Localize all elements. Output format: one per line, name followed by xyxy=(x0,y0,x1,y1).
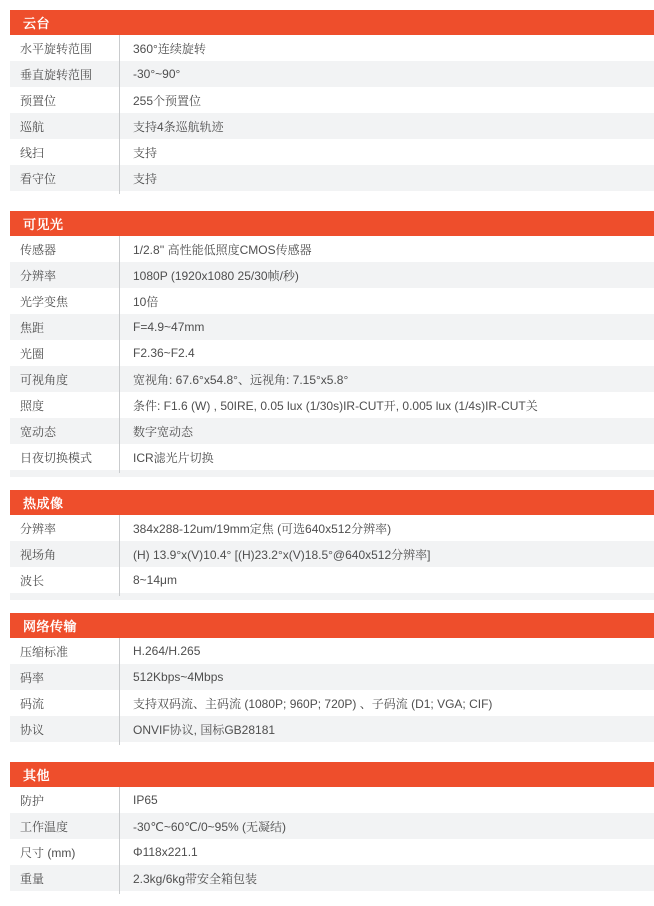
spec-section: 热成像 分辨率 384x288-12um/19mm定焦 (可选640x512分辨… xyxy=(10,490,654,600)
spec-value: 8~14μm xyxy=(119,573,654,587)
spec-row: 日夜切换模式 ICR滤光片切换 xyxy=(10,444,654,470)
spec-row: 码率 512Kbps~4Mbps xyxy=(10,664,654,690)
spec-row: 尺寸 (mm) Φ118x221.1 xyxy=(10,839,654,865)
spec-label: 尺寸 (mm) xyxy=(10,844,119,861)
spec-row: 宽动态 数字宽动态 xyxy=(10,418,654,444)
spec-row: 预置位 255个预置位 xyxy=(10,87,654,113)
spec-label: 线扫 xyxy=(10,144,119,161)
spec-label: 日夜切换模式 xyxy=(10,449,119,466)
spec-row: 分辨率 1080P (1920x1080 25/30帧/秒) xyxy=(10,262,654,288)
spec-row: 防护 IP65 xyxy=(10,787,654,813)
section-title: 热成像 xyxy=(23,493,64,512)
spec-value: IP65 xyxy=(119,793,654,807)
section-title: 网络传输 xyxy=(23,616,77,635)
spec-value: 10倍 xyxy=(119,293,654,310)
spec-row: 水平旋转范围 360°连续旋转 xyxy=(10,35,654,61)
spec-value: 支持双码流、主码流 (1080P; 960P; 720P) 、子码流 (D1; … xyxy=(119,695,654,712)
spec-label: 视场角 xyxy=(10,546,119,563)
section-rows: 分辨率 384x288-12um/19mm定焦 (可选640x512分辨率) 视… xyxy=(10,515,654,593)
spec-row: 重量 2.3kg/6kg带安全箱包装 xyxy=(10,865,654,891)
spec-value: 数字宽动态 xyxy=(119,423,654,440)
section-stub xyxy=(10,470,654,477)
spec-label: 压缩标准 xyxy=(10,643,119,660)
spec-label: 焦距 xyxy=(10,319,119,336)
spec-row: 光圈 F2.36~F2.4 xyxy=(10,340,654,366)
spec-value: 条件: F1.6 (W) , 50IRE, 0.05 lux (1/30s)IR… xyxy=(119,397,654,414)
spec-row: 看守位 支持 xyxy=(10,165,654,191)
spec-row: 压缩标准 H.264/H.265 xyxy=(10,638,654,664)
section-header: 其他 xyxy=(10,762,654,787)
spec-value: H.264/H.265 xyxy=(119,644,654,658)
spec-sheet: 云台 水平旋转范围 360°连续旋转 垂直旋转范围 -30°~90° 预置位 2… xyxy=(0,0,654,898)
spec-value: 宽视角: 67.6°x54.8°、远视角: 7.15°x5.8° xyxy=(119,371,654,388)
spec-row: 巡航 支持4条巡航轨迹 xyxy=(10,113,654,139)
spec-label: 重量 xyxy=(10,870,119,887)
section-title: 云台 xyxy=(23,13,50,32)
spec-label: 码率 xyxy=(10,669,119,686)
spec-label: 照度 xyxy=(10,397,119,414)
spec-row: 传感器 1/2.8'' 高性能低照度CMOS传感器 xyxy=(10,236,654,262)
spec-label: 看守位 xyxy=(10,170,119,187)
spec-label: 防护 xyxy=(10,792,119,809)
spec-label: 工作温度 xyxy=(10,818,119,835)
section-rows: 防护 IP65 工作温度 -30℃~60℃/0~95% (无凝结) 尺寸 (mm… xyxy=(10,787,654,891)
spec-row: 可视角度 宽视角: 67.6°x54.8°、远视角: 7.15°x5.8° xyxy=(10,366,654,392)
section-stub xyxy=(10,742,654,749)
spec-label: 波长 xyxy=(10,572,119,589)
spec-value: 支持 xyxy=(119,170,654,187)
spec-label: 预置位 xyxy=(10,92,119,109)
section-title: 其他 xyxy=(23,765,50,784)
spec-label: 可视角度 xyxy=(10,371,119,388)
spec-row: 码流 支持双码流、主码流 (1080P; 960P; 720P) 、子码流 (D… xyxy=(10,690,654,716)
spec-label: 协议 xyxy=(10,721,119,738)
spec-row: 视场角 (H) 13.9°x(V)10.4° [(H)23.2°x(V)18.5… xyxy=(10,541,654,567)
section-header: 网络传输 xyxy=(10,613,654,638)
spec-section: 云台 水平旋转范围 360°连续旋转 垂直旋转范围 -30°~90° 预置位 2… xyxy=(10,10,654,198)
spec-row: 协议 ONVIF协议, 国标GB28181 xyxy=(10,716,654,742)
spec-row: 照度 条件: F1.6 (W) , 50IRE, 0.05 lux (1/30s… xyxy=(10,392,654,418)
spec-label: 分辨率 xyxy=(10,520,119,537)
section-rows: 压缩标准 H.264/H.265 码率 512Kbps~4Mbps 码流 支持双… xyxy=(10,638,654,742)
section-stub xyxy=(10,891,654,898)
spec-row: 波长 8~14μm xyxy=(10,567,654,593)
spec-section: 网络传输 压缩标准 H.264/H.265 码率 512Kbps~4Mbps 码… xyxy=(10,613,654,749)
spec-value: 1/2.8'' 高性能低照度CMOS传感器 xyxy=(119,241,654,258)
spec-label: 分辨率 xyxy=(10,267,119,284)
section-stub xyxy=(10,593,654,600)
spec-label: 宽动态 xyxy=(10,423,119,440)
spec-section: 其他 防护 IP65 工作温度 -30℃~60℃/0~95% (无凝结) 尺寸 … xyxy=(10,762,654,898)
section-header: 云台 xyxy=(10,10,654,35)
spec-row: 光学变焦 10倍 xyxy=(10,288,654,314)
section-title: 可见光 xyxy=(23,214,64,233)
spec-value: 1080P (1920x1080 25/30帧/秒) xyxy=(119,267,654,284)
spec-label: 巡航 xyxy=(10,118,119,135)
spec-row: 工作温度 -30℃~60℃/0~95% (无凝结) xyxy=(10,813,654,839)
spec-value: 2.3kg/6kg带安全箱包装 xyxy=(119,870,654,887)
spec-value: 支持4条巡航轨迹 xyxy=(119,118,654,135)
spec-label: 光圈 xyxy=(10,345,119,362)
section-rows: 水平旋转范围 360°连续旋转 垂直旋转范围 -30°~90° 预置位 255个… xyxy=(10,35,654,191)
spec-value: (H) 13.9°x(V)10.4° [(H)23.2°x(V)18.5°@64… xyxy=(119,546,654,563)
spec-value: 支持 xyxy=(119,144,654,161)
spec-label: 传感器 xyxy=(10,241,119,258)
spec-value: 255个预置位 xyxy=(119,92,654,109)
spec-row: 分辨率 384x288-12um/19mm定焦 (可选640x512分辨率) xyxy=(10,515,654,541)
spec-label: 码流 xyxy=(10,695,119,712)
spec-row: 焦距 F=4.9~47mm xyxy=(10,314,654,340)
spec-label: 垂直旋转范围 xyxy=(10,66,119,83)
spec-row: 垂直旋转范围 -30°~90° xyxy=(10,61,654,87)
section-header: 可见光 xyxy=(10,211,654,236)
spec-value: 512Kbps~4Mbps xyxy=(119,670,654,684)
spec-value: 360°连续旋转 xyxy=(119,40,654,57)
spec-value: -30°~90° xyxy=(119,67,654,81)
section-rows: 传感器 1/2.8'' 高性能低照度CMOS传感器 分辨率 1080P (192… xyxy=(10,236,654,470)
section-header: 热成像 xyxy=(10,490,654,515)
spec-value: 384x288-12um/19mm定焦 (可选640x512分辨率) xyxy=(119,520,654,537)
spec-value: -30℃~60℃/0~95% (无凝结) xyxy=(119,818,654,835)
spec-row: 线扫 支持 xyxy=(10,139,654,165)
spec-section: 可见光 传感器 1/2.8'' 高性能低照度CMOS传感器 分辨率 1080P … xyxy=(10,211,654,477)
spec-value: Φ118x221.1 xyxy=(119,845,654,859)
spec-value: F=4.9~47mm xyxy=(119,320,654,334)
spec-value: F2.36~F2.4 xyxy=(119,346,654,360)
spec-label: 水平旋转范围 xyxy=(10,40,119,57)
spec-value: ONVIF协议, 国标GB28181 xyxy=(119,721,654,738)
spec-value: ICR滤光片切换 xyxy=(119,449,654,466)
section-stub xyxy=(10,191,654,198)
spec-label: 光学变焦 xyxy=(10,293,119,310)
